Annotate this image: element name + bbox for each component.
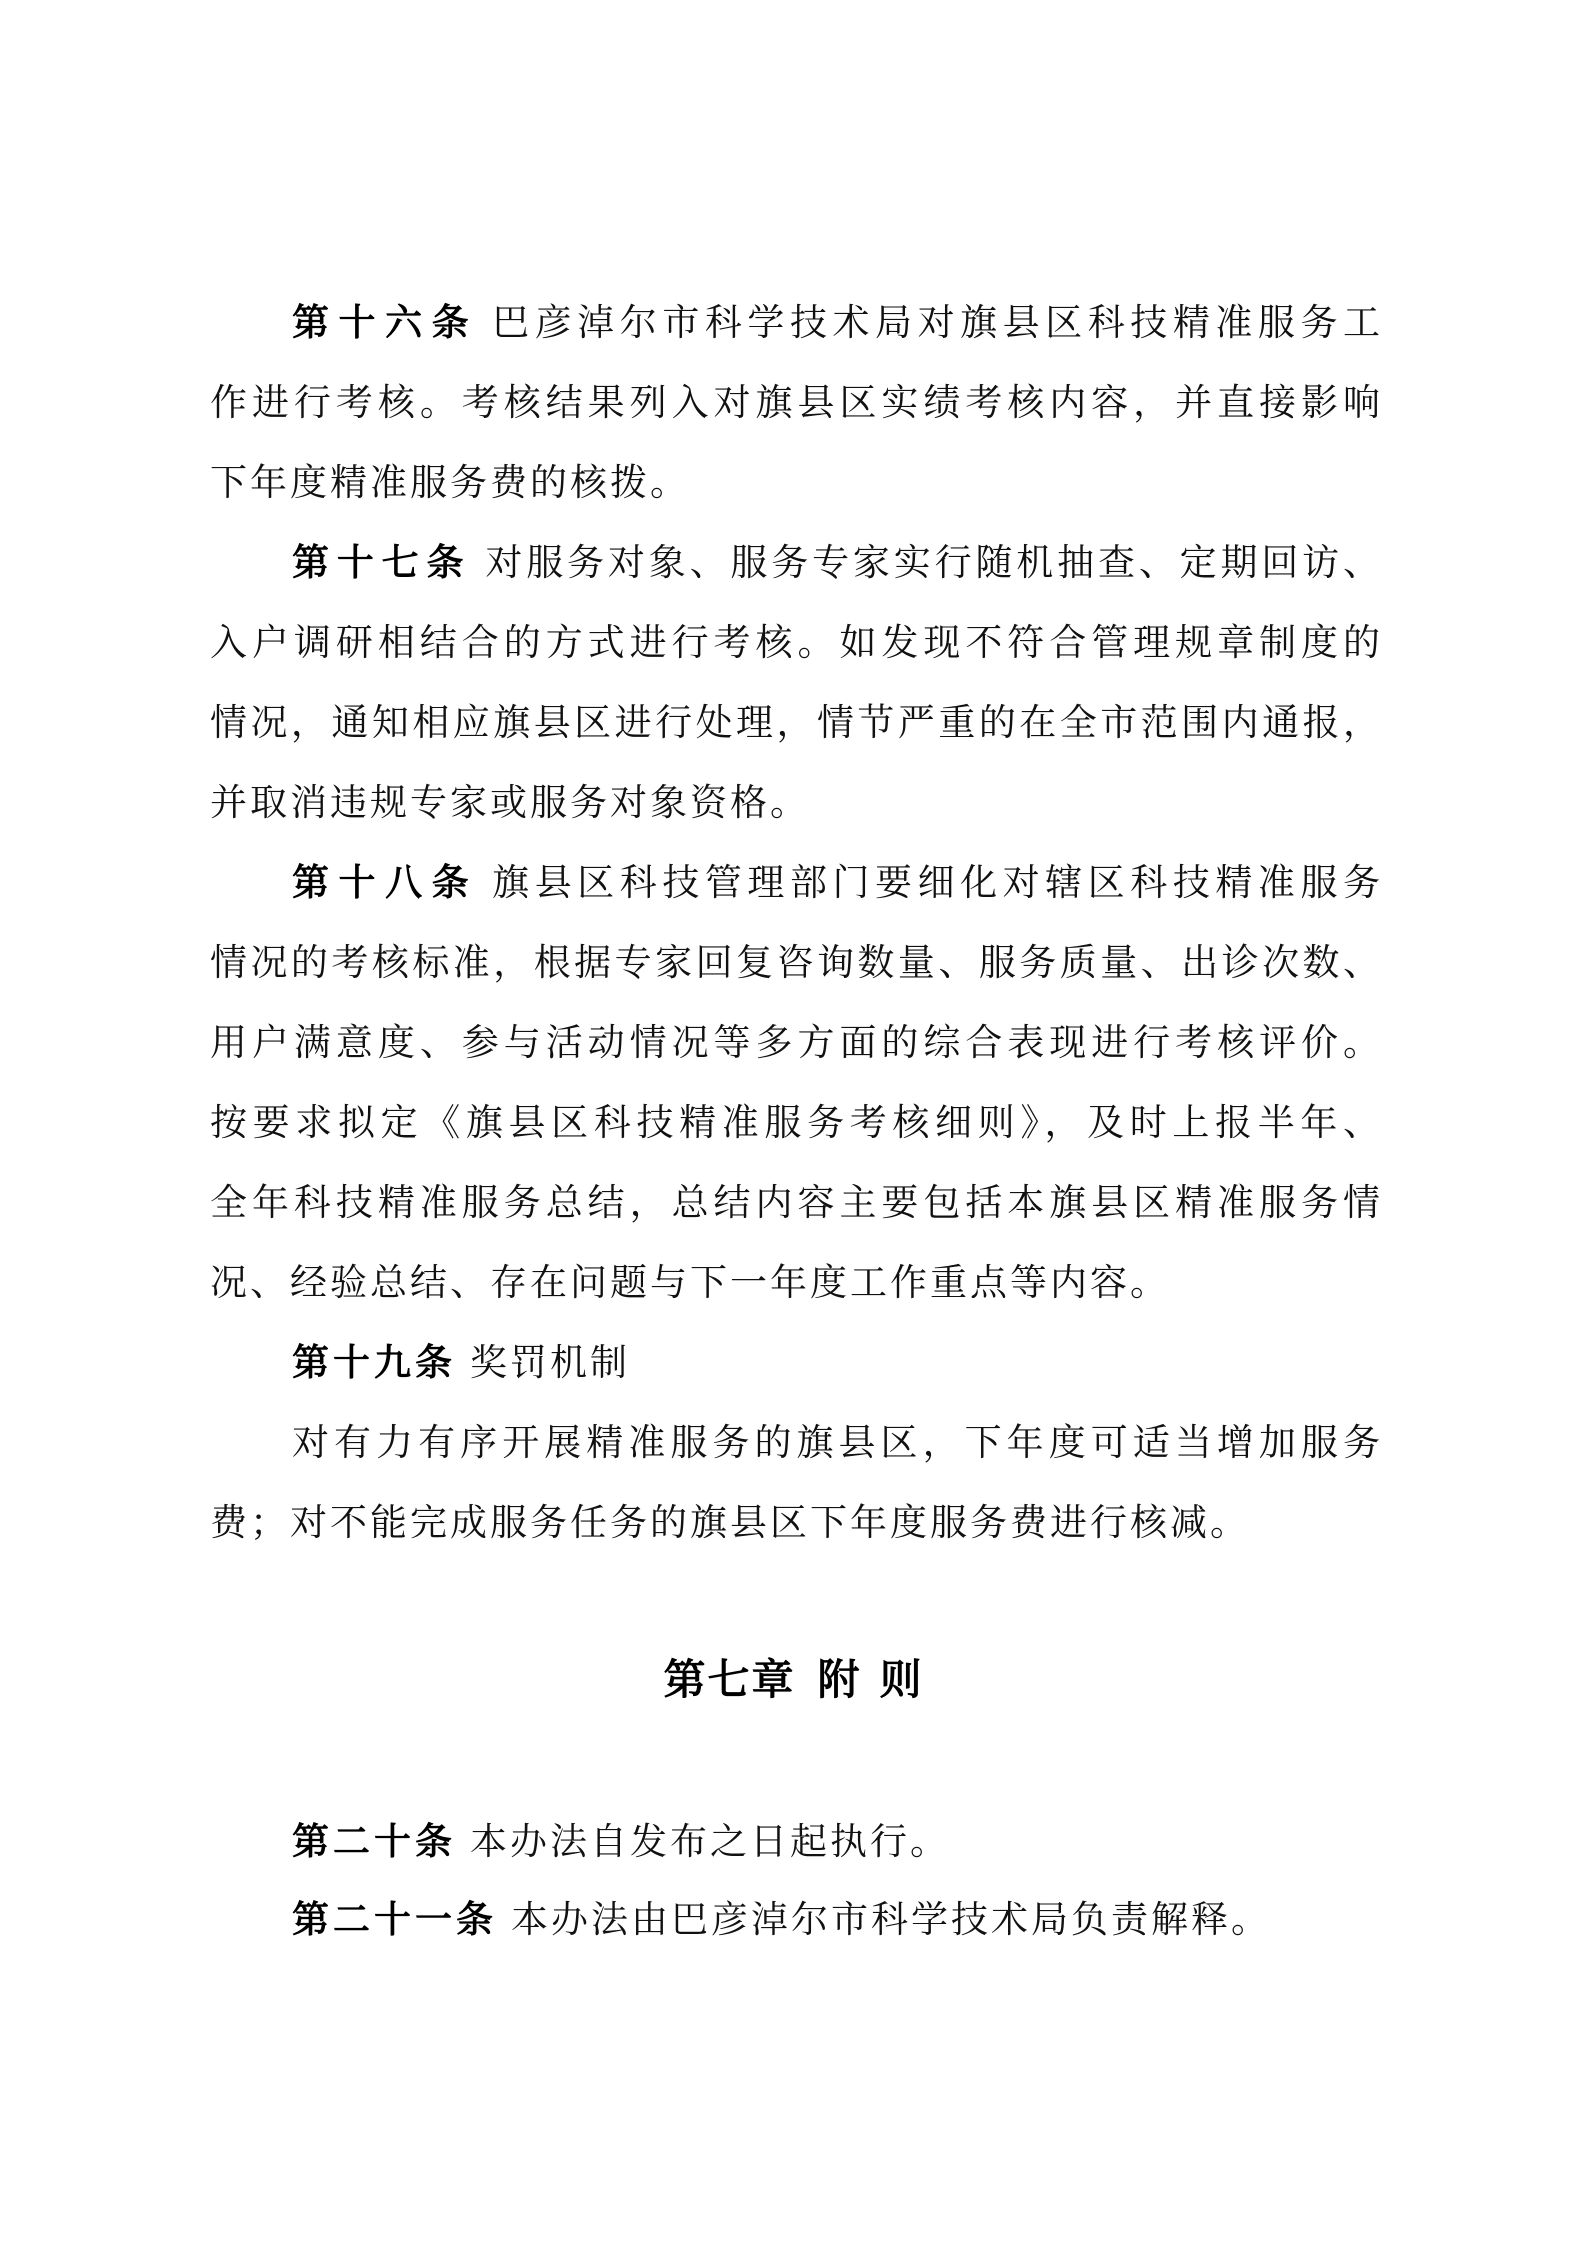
chapter-heading: 第七章附则 xyxy=(0,1640,1587,1720)
article-label: 第二十一条 xyxy=(292,1898,497,1941)
article-label: 第十八条 xyxy=(292,861,478,904)
article-label: 第二十条 xyxy=(292,1820,456,1863)
article-text: 本办法自发布之日起执行。 xyxy=(470,1820,950,1863)
article-text: 巴彦淖尔市科学技术局对旗县区科技精准服务工 xyxy=(492,301,1380,344)
chapter-title-part-1: 附 xyxy=(817,1655,861,1704)
chapter-number: 第七章 xyxy=(663,1655,795,1704)
article-17-line-2: 入户调研相结合的方式进行考核。如发现不符合管理规章制度的 xyxy=(210,603,1380,683)
article-label: 第十六条 xyxy=(292,301,478,344)
document-page: 第十六条巴彦淖尔市科学技术局对旗县区科技精准服务工 作进行考核。考核结果列入对旗… xyxy=(0,0,1587,2245)
article-text: 旗县区科技管理部门要细化对辖区科技精准服务 xyxy=(492,861,1380,904)
article-17-line-3: 情况，通知相应旗县区进行处理，情节严重的在全市范围内通报， xyxy=(210,683,1380,763)
article-18-line-2: 情况的考核标准，根据专家回复咨询数量、服务质量、出诊次数、 xyxy=(210,923,1380,1003)
article-18-line-5: 全年科技精准服务总结，总结内容主要包括本旗县区精准服务情 xyxy=(210,1163,1380,1243)
article-16-line-2: 作进行考核。考核结果列入对旗县区实绩考核内容，并直接影响 xyxy=(210,363,1380,443)
article-19-line-1: 对有力有序开展精准服务的旗县区，下年度可适当增加服务 xyxy=(292,1403,1380,1483)
article-title: 奖罚机制 xyxy=(470,1341,630,1384)
article-16-line-3: 下年度精准服务费的核拨。 xyxy=(210,443,1380,523)
article-text: 本办法由巴彦淖尔市科学技术局负责解释。 xyxy=(511,1898,1271,1941)
article-19-line-2: 费；对不能完成服务任务的旗县区下年度服务费进行核减。 xyxy=(210,1483,1380,1563)
article-18-line-1: 第十八条旗县区科技管理部门要细化对辖区科技精准服务 xyxy=(292,843,1380,923)
article-17-line-4: 并取消违规专家或服务对象资格。 xyxy=(210,763,1380,843)
chapter-title-part-2: 则 xyxy=(880,1655,924,1704)
article-19-heading: 第十九条奖罚机制 xyxy=(292,1323,1380,1403)
article-label: 第十九条 xyxy=(292,1341,456,1384)
article-text: 对服务对象、服务专家实行随机抽查、定期回访、 xyxy=(485,541,1380,584)
article-18-line-6: 况、经验总结、存在问题与下一年度工作重点等内容。 xyxy=(210,1243,1380,1323)
article-16-line-1: 第十六条巴彦淖尔市科学技术局对旗县区科技精准服务工 xyxy=(292,283,1380,363)
article-20: 第二十条本办法自发布之日起执行。 xyxy=(292,1802,1380,1882)
article-21: 第二十一条本办法由巴彦淖尔市科学技术局负责解释。 xyxy=(292,1880,1380,1960)
article-18-line-4: 按要求拟定《旗县区科技精准服务考核细则》，及时上报半年、 xyxy=(210,1083,1380,1163)
article-label: 第十七条 xyxy=(292,541,471,584)
article-18-line-3: 用户满意度、参与活动情况等多方面的综合表现进行考核评价。 xyxy=(210,1003,1380,1083)
article-17-line-1: 第十七条对服务对象、服务专家实行随机抽查、定期回访、 xyxy=(292,523,1380,603)
